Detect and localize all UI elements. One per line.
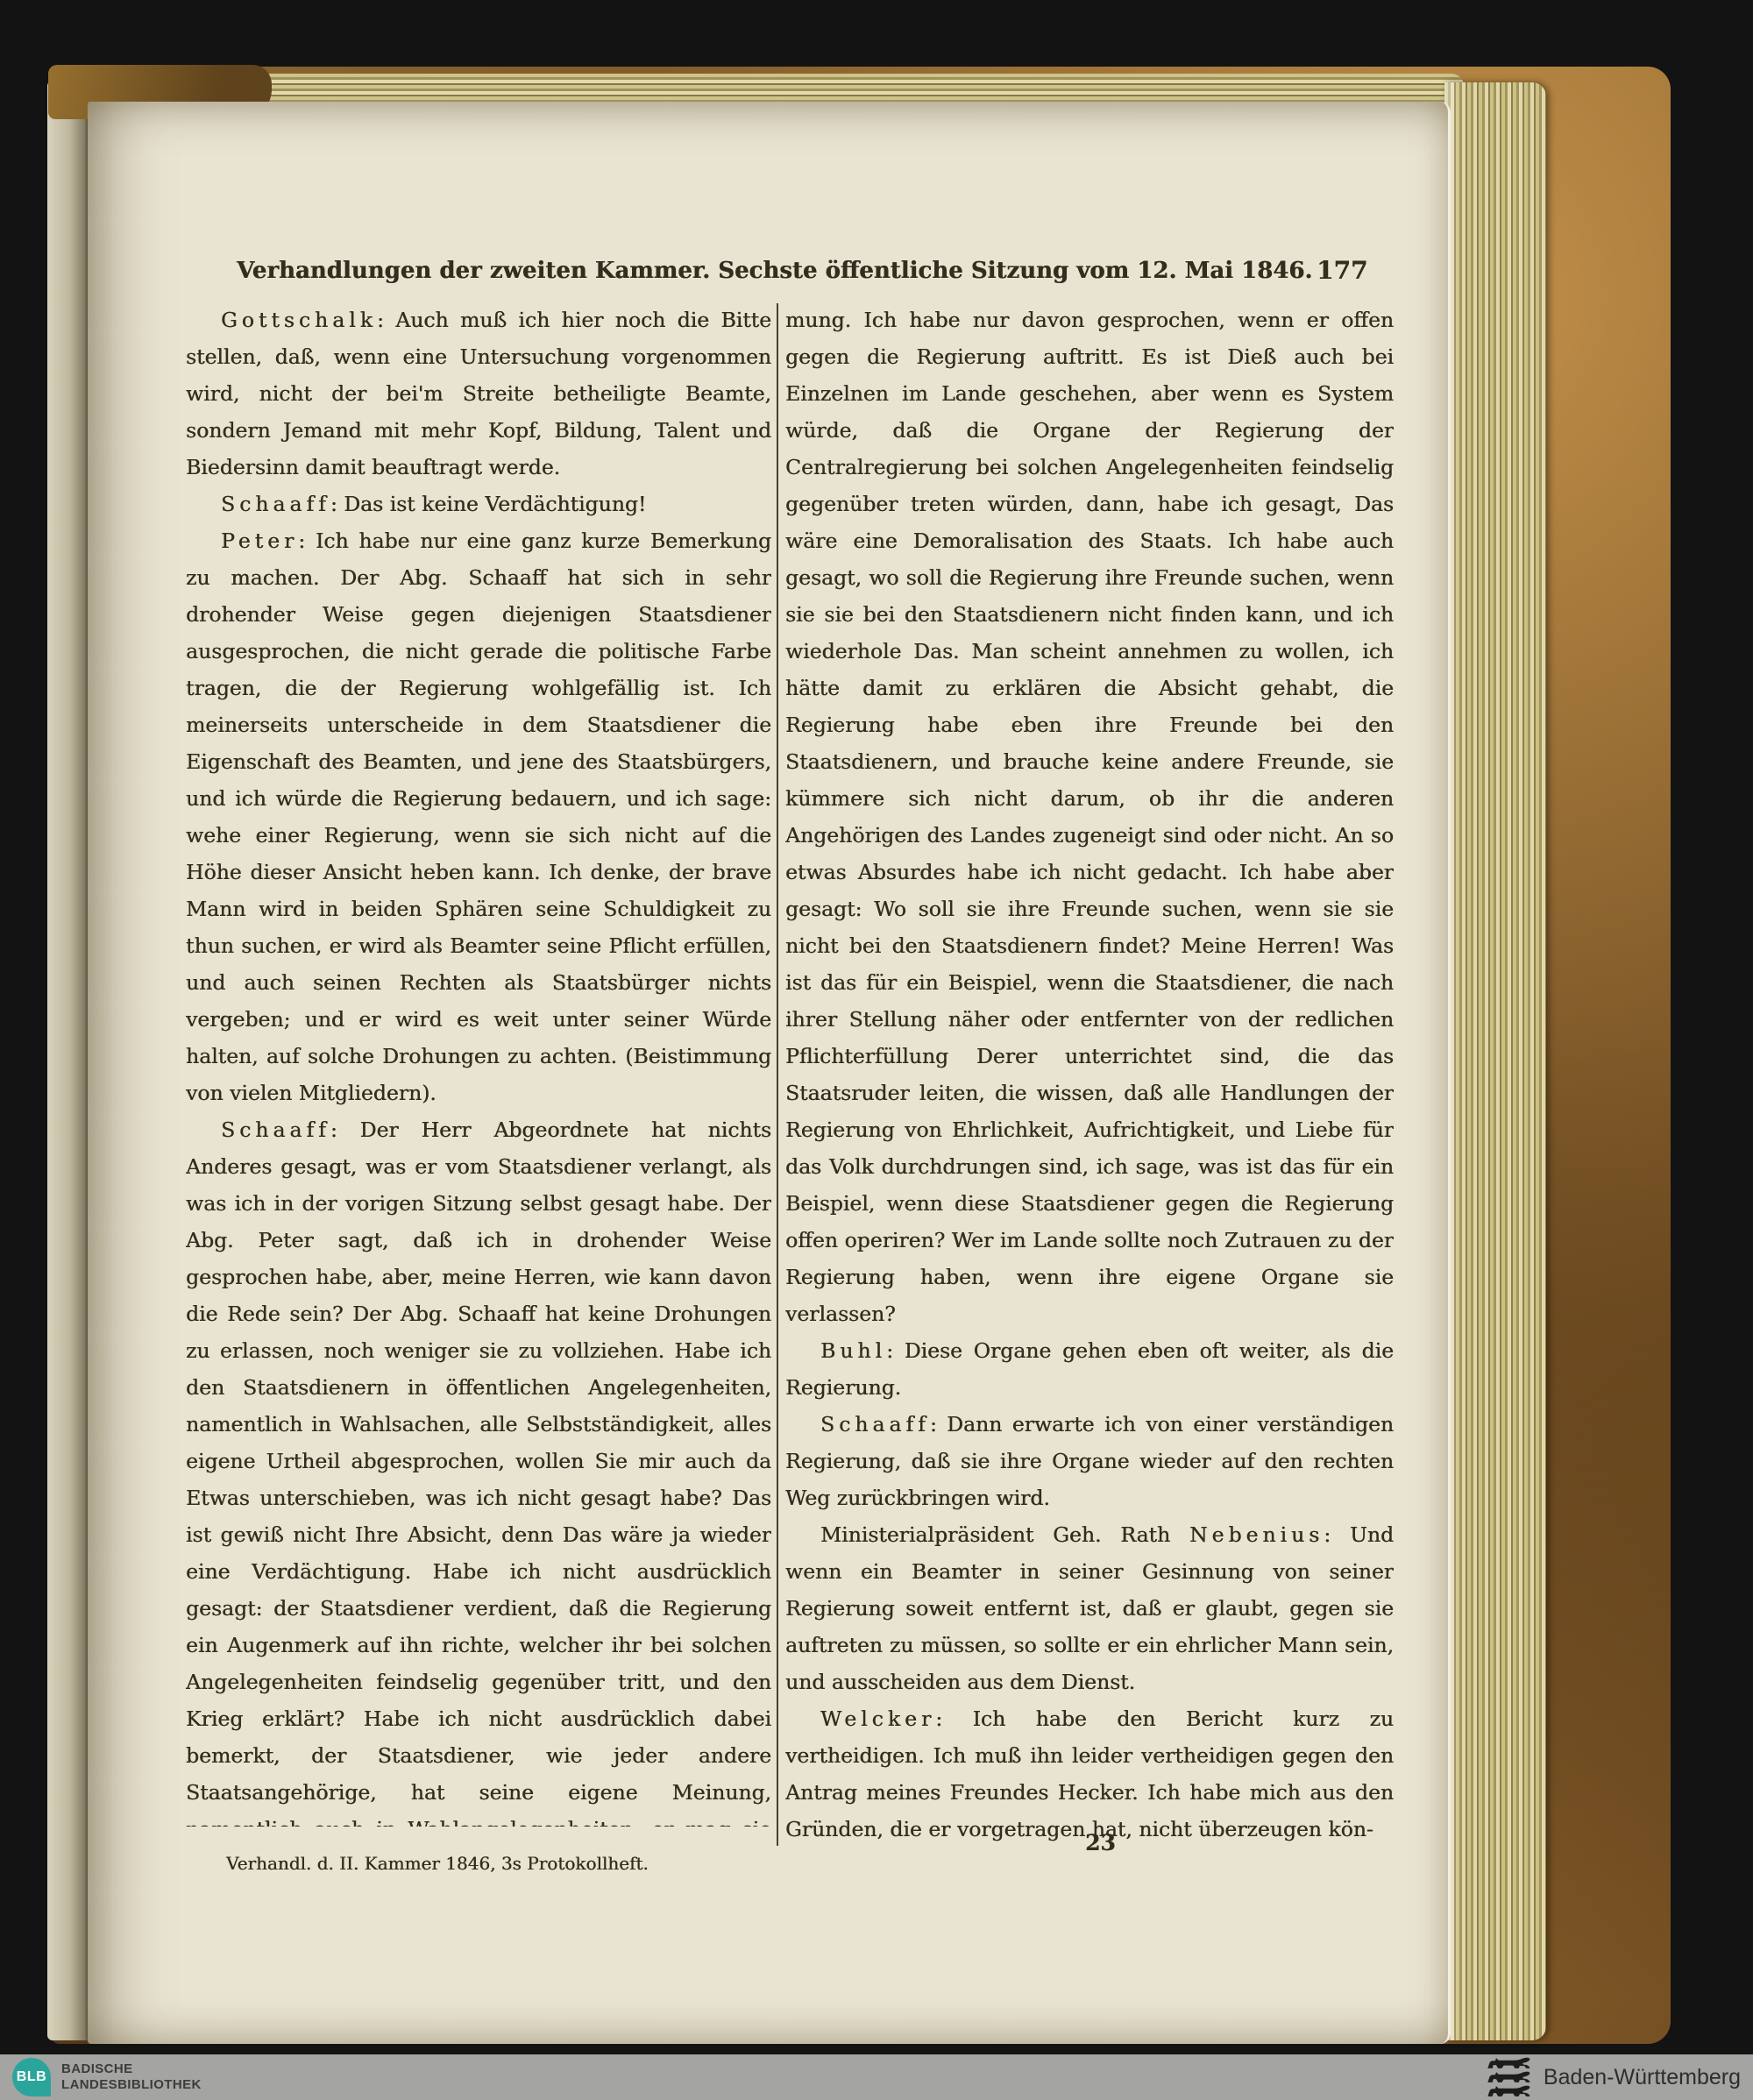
sheet-signature: 23 bbox=[1085, 1830, 1116, 1855]
running-header: Verhandlungen der zweiten Kammer. Sechst… bbox=[237, 258, 1236, 284]
library-name-line2: LANDESBIBLIOTHEK bbox=[61, 2077, 202, 2093]
paragraph: Schaaff: Der Herr Abgeordnete hat nichts… bbox=[186, 1111, 771, 1827]
speaker-name: Nebenius bbox=[1189, 1522, 1324, 1547]
baden-wuerttemberg-lions-icon bbox=[1486, 2057, 1533, 2098]
library-branding-bar: BLB BADISCHE LANDESBIBLIOTHEK Baden-Würt… bbox=[0, 2054, 1753, 2100]
paragraph: Schaaff: Dann erwarte ich von einer vers… bbox=[785, 1406, 1394, 1516]
column-divider bbox=[777, 303, 778, 1846]
speaker-name: Buhl bbox=[820, 1338, 886, 1363]
paragraph: Schaaff: Das ist keine Verdächtigung! bbox=[186, 486, 771, 522]
imprint-line: Verhandl. d. II. Kammer 1846, 3s Protoko… bbox=[226, 1853, 649, 1874]
scanned-book-photo: Verhandlungen der zweiten Kammer. Sechst… bbox=[0, 0, 1753, 2100]
blb-branding: BLB BADISCHE LANDESBIBLIOTHEK bbox=[12, 2058, 202, 2096]
page-number: 177 bbox=[1317, 256, 1367, 285]
paragraph: mung. Ich habe nur davon gesprochen, wen… bbox=[785, 302, 1394, 1332]
paragraph: Ministerialpräsident Geh. Rath Nebenius:… bbox=[785, 1516, 1394, 1700]
library-name-line1: BADISCHE bbox=[61, 2061, 202, 2077]
speaker-name: Schaaff bbox=[820, 1412, 930, 1437]
book-page: Verhandlungen der zweiten Kammer. Sechst… bbox=[88, 102, 1451, 2044]
paragraph: Peter: Ich habe nur eine ganz kurze Beme… bbox=[186, 522, 771, 1111]
right-page-edges bbox=[1444, 82, 1546, 2040]
library-name: BADISCHE LANDESBIBLIOTHEK bbox=[61, 2061, 202, 2092]
state-branding: Baden-Württemberg bbox=[1486, 2057, 1741, 2098]
paragraph: Buhl: Diese Organe gehen eben oft weiter… bbox=[785, 1332, 1394, 1406]
speaker-name: Welcker bbox=[820, 1706, 935, 1731]
paragraph: Welcker: Ich habe den Bericht kurz zu ve… bbox=[785, 1700, 1394, 1844]
right-column: mung. Ich habe nur davon gesprochen, wen… bbox=[785, 302, 1394, 1844]
state-name: Baden-Württemberg bbox=[1544, 2065, 1741, 2090]
left-column: Gottschalk: Auch muß ich hier noch die B… bbox=[186, 302, 771, 1827]
speaker-name: Gottschalk bbox=[221, 308, 377, 332]
speaker-name: Schaaff bbox=[221, 492, 330, 516]
speaker-name: Schaaff bbox=[221, 1117, 330, 1142]
blb-logo-icon: BLB bbox=[12, 2058, 51, 2096]
speaker-name: Peter bbox=[221, 529, 298, 553]
left-page-edges bbox=[47, 81, 89, 2040]
paragraph: Gottschalk: Auch muß ich hier noch die B… bbox=[186, 302, 771, 486]
